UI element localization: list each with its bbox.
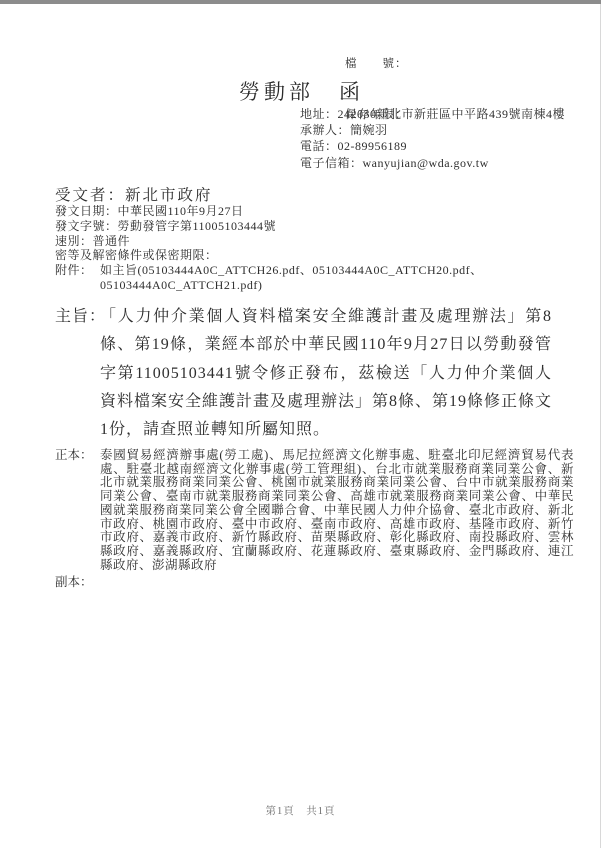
original-label: 正本：: [55, 449, 93, 463]
contact-info-block: 地址：242030新北市新莊區中平路439號南棟4樓 承辦人：簡婉羽 電話：02…: [300, 106, 565, 171]
speed-line: 速別：普通件: [55, 234, 500, 249]
subject-text: 「人力仲介業個人資料檔案安全維護計畫及處理辦法」第8條、第19條，業經本部於中華…: [100, 303, 552, 444]
contact-phone: 電話：02-89956189: [300, 138, 565, 154]
subject-label: 主旨：: [55, 303, 106, 331]
document-page: 檔 號： 保存年限： 勞動部 函 地址：242030新北市新莊區中平路439號南…: [0, 0, 601, 848]
file-number-label: 檔 號：: [345, 56, 408, 73]
page-number-footer: 第1頁 共1頁: [0, 803, 601, 818]
contact-person: 承辦人：簡婉羽: [300, 122, 565, 138]
attachment-label: 附件：: [55, 263, 93, 278]
attachment-line: 附件： 如主旨(05103444A0C_ATTCH26.pdf、05103444…: [55, 263, 500, 293]
subject-block: 主旨： 「人力仲介業個人資料檔案安全維護計畫及處理辦法」第8條、第19條，業經本…: [55, 303, 552, 444]
document-title: 勞動部 函: [239, 76, 364, 106]
doc-number-line: 發文字號：勞動發管字第11005103444號: [55, 219, 500, 234]
copy-label: 副本：: [55, 572, 93, 590]
recipient-line: 受文者：新北市政府: [55, 183, 213, 205]
original-recipients-block: 正本： 泰國貿易經濟辦事處(勞工處)、馬尼拉經濟文化辦事處、駐臺北印尼經濟貿易代…: [55, 449, 575, 572]
contact-email: 電子信箱：wanyujian@wda.gov.tw: [300, 155, 565, 171]
attachment-text: 如主旨(05103444A0C_ATTCH26.pdf、05103444A0C_…: [100, 263, 483, 292]
page-top-edge: [0, 0, 601, 4]
security-line: 密等及解密條件或保密期限：: [55, 248, 500, 263]
original-recipients-text: 泰國貿易經濟辦事處(勞工處)、馬尼拉經濟文化辦事處、駐臺北印尼經濟貿易代表處、駐…: [100, 449, 574, 572]
issue-date-line: 發文日期：中華民國110年9月27日: [55, 204, 500, 219]
meta-block: 發文日期：中華民國110年9月27日 發文字號：勞動發管字第1100510344…: [55, 204, 500, 293]
contact-address: 地址：242030新北市新莊區中平路439號南棟4樓: [300, 106, 565, 122]
